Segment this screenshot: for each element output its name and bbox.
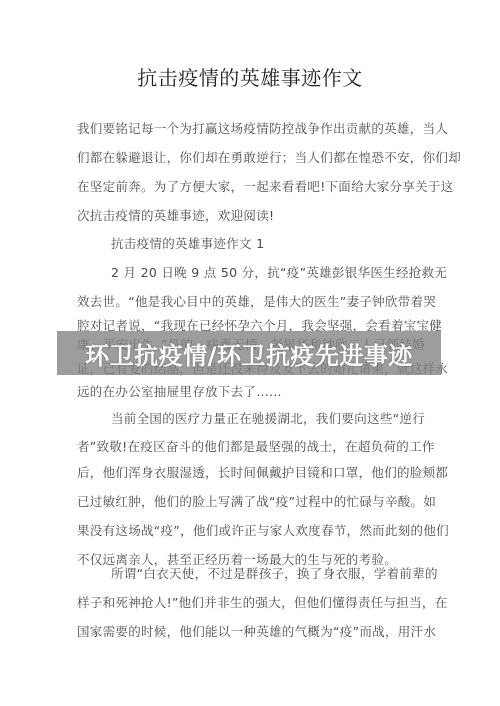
text-line: 当前全国的医疗力量正在驰援湖北，我们要向这些“逆行 bbox=[111, 411, 425, 427]
text-line: 所谓“白衣天使，不过是群孩子，换了身衣服，学着前辈的 bbox=[111, 566, 425, 582]
document-title: 抗击疫情的英雄事迹作文 bbox=[0, 62, 500, 91]
text-line: 次抗击疫情的英雄事迹，欢迎阅读! bbox=[77, 208, 425, 224]
text-line: 我们要铭记每一个为打赢这场疫情防控战争作出贡献的英雄，当人 bbox=[77, 121, 425, 137]
section-heading: 抗击疫情的英雄事迹作文 1 bbox=[111, 236, 425, 252]
text-line: 国家需要的时候，他们能以一种英雄的气概为“疫”而战，用汗水 bbox=[77, 624, 425, 640]
text-line: 者”致敬!在疫区奋斗的他们都是最坚强的战士，在超负荷的工作 bbox=[77, 439, 425, 455]
text-line: 已过敏红肿，他们的脸上写满了战“疫”过程中的忙碌与辛酸。如 bbox=[77, 494, 425, 510]
text-line: 效去世。“他是我心目中的英雄，是伟大的医生”妻子钟欣带着哭 bbox=[77, 294, 425, 310]
text-line: 远的在办公室抽屉里存放下去了…… bbox=[77, 384, 425, 400]
overlay-banner-text: 环卫抗疫情/环卫抗疫先进事迹 bbox=[57, 331, 441, 375]
text-line: 后，他们浑身衣服湿透，长时间佩戴护目镜和口罩，他们的脸颊都 bbox=[77, 465, 425, 481]
text-line: 2 月 20 日晚 9 点 50 分，抗“疫”英雄彭银华医生经抢救无 bbox=[111, 265, 425, 281]
text-line: 果没有这场战“疫”，他们或许正与家人欢度春节，然而此刻的他们 bbox=[77, 523, 425, 539]
text-line: 在坚定前奔。为了方便大家，一起来看看吧!下面给大家分享关于这 bbox=[77, 179, 425, 195]
text-line: 样子和死神抢人!”他们并非生的强大，但他们懂得责任与担当，在 bbox=[77, 595, 425, 611]
text-line: 们都在躲避退让，你们却在勇敢逆行；当人们都在惶恐不安，你们却 bbox=[77, 150, 425, 166]
